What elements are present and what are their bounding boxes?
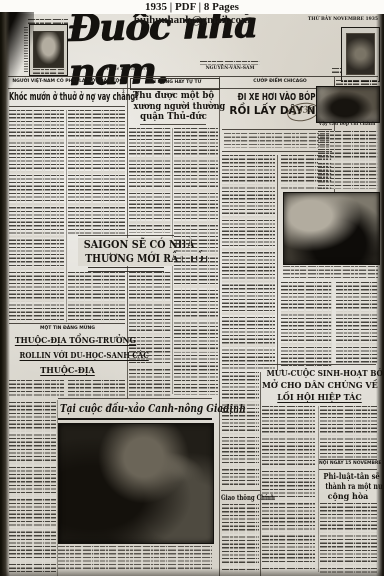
colonies-kicker-text: MỘT TIN ĐÁNG MỪNG	[9, 326, 126, 331]
cooperative-line2: MỞ CHO DÂN CHÚNG VỀ	[262, 379, 377, 391]
section-rule	[221, 490, 260, 491]
skeleton-line3: quận Thủ-đức	[131, 112, 216, 123]
body-text-block	[129, 128, 171, 233]
section-rule	[262, 364, 376, 365]
body-text-block	[222, 372, 259, 487]
chicago-line1-text: ĐI XE HƠI VÀO BÓP CÓ TÀI GIA	[238, 92, 319, 103]
body-text-block	[320, 406, 377, 458]
body-text-block	[68, 110, 125, 234]
body-text-block	[320, 503, 377, 573]
subhead-rule	[222, 151, 332, 152]
body-text-block	[9, 402, 56, 572]
fair-headline-text: Tại cuộc đấu-xảo Canh-nông Giađịnh	[60, 401, 179, 415]
headline-rule	[78, 235, 174, 236]
headline-rule	[9, 106, 125, 107]
saigon-headline-line1: SAIGON SẼ CÓ NHÀ	[84, 238, 168, 252]
photo-fair-interior	[58, 423, 214, 544]
right-column-dateline	[336, 80, 378, 85]
philippines-headline: Phi-luật-tân sẽ thành ra một nước cộng h…	[319, 471, 377, 501]
cooperative-line3: LỐI HỘI HIỆP TÁC	[262, 391, 377, 403]
philippines-kicker-text: NỘI NGÀY 15 NOVEMBRE	[319, 461, 377, 466]
skeleton-line2: xương người thường	[133, 102, 213, 113]
wreck-caption-text: Vậy cầu bóp chỉ chánh	[316, 122, 378, 127]
photo-car-crash	[283, 192, 380, 265]
section-rule	[9, 323, 125, 324]
kicker-divider	[127, 77, 128, 88]
skeleton-headline: Thu được một bộ xương người thường quận …	[129, 91, 218, 123]
headline-rule-thick	[58, 418, 212, 420]
column-rule	[277, 155, 278, 370]
philippines-line2: thành ra một nước	[325, 481, 370, 491]
philippines-kicker: NỘI NGÀY 15 NOVEMBRE	[319, 461, 377, 468]
colonies-line2: ROLLIN VỚI DU-HỌC-SANH CÁC	[20, 349, 116, 364]
headline-rule	[222, 129, 332, 130]
kicker-right-text: CƯỚP ĐIẾM CHICAGO	[227, 79, 333, 84]
masthead-subtitle-text	[200, 61, 260, 65]
colonies-kicker: MỘT TIN ĐÁNG MỪNG	[9, 326, 126, 333]
body-text-block	[262, 406, 315, 570]
scan-header-title: 1935 | PDF | 8 Pages	[0, 1, 384, 13]
body-text-block	[9, 380, 64, 398]
address-text: 24 Rue Lagrandière	[96, 67, 156, 72]
saigon-headline-line2: THƯƠNG MỚI RẤT TỐT	[85, 252, 167, 266]
headline-rule	[140, 124, 206, 125]
body-text-block	[9, 110, 64, 322]
masthead-rule	[8, 76, 378, 77]
philippines-line3: cộng hòa	[319, 491, 377, 501]
fair-photo-caption-text	[58, 546, 212, 570]
chicago-subhead-text	[224, 133, 330, 148]
ad-product-image	[33, 31, 64, 68]
colonies-line1: THUỘC-ĐỊA TỔNG-TRƯỞNG	[15, 334, 120, 349]
stamp-emblem	[346, 33, 375, 75]
wreck-caption: Vậy cầu bóp chỉ chánh	[316, 122, 378, 129]
newspaper-page: Đuốc nhà nam. 24 Rue Lagrandière NGUYỄN-…	[0, 14, 384, 576]
philippines-line1: Phi-luật-tân sẽ	[323, 471, 372, 481]
scan-edge-shadow-right	[376, 14, 384, 576]
kicker-middle: ÁN MẠNG HAY TỰ TỬ	[130, 78, 220, 90]
transport-header-text: Giao thông Chính	[221, 493, 251, 502]
column-rule	[66, 110, 67, 322]
scan-edge-shadow-bottom	[0, 568, 384, 576]
body-text-block	[222, 155, 275, 370]
colonies-headline: THUỘC-ĐỊA TỔNG-TRƯỞNG ROLLIN VỚI DU-HỌC-…	[9, 334, 126, 379]
masthead-ad-box	[29, 24, 68, 76]
body-text-block	[129, 272, 171, 396]
body-text-block	[336, 282, 378, 364]
column-rule	[260, 372, 261, 576]
cooperative-headline: MƯU-CUỘC SINH-HOẠT BỚT MẮT MỞ CHO DÂN CH…	[262, 367, 377, 403]
body-text-block	[68, 272, 125, 322]
section-rule	[319, 469, 377, 470]
masthead-address: 24 Rue Lagrandière	[96, 67, 156, 75]
car-crash-caption-text	[283, 266, 378, 279]
photo-wreck	[316, 86, 380, 123]
scan-header-email: buihuuhanh@gmail.com	[0, 14, 384, 26]
body-text-block	[68, 380, 125, 398]
fair-headline: Tại cuộc đấu-xảo Canh-nông Giađịnh	[60, 401, 212, 417]
kicker-middle-text: ÁN MẠNG HAY TỰ TỬ	[131, 80, 219, 85]
masthead-stamp-box	[341, 27, 380, 82]
body-text-block	[174, 128, 218, 395]
director-name: NGUYỄN-VĂN-SÁM	[192, 66, 268, 71]
column-rule	[219, 89, 220, 576]
scan-edge-shadow-left	[0, 12, 10, 576]
body-text-block	[318, 131, 378, 189]
newspaper-scan-viewer: Đuốc nhà nam. 24 Rue Lagrandière NGUYỄN-…	[0, 0, 384, 576]
masthead-director: NGUYỄN-VĂN-SÁM	[192, 66, 268, 74]
cooperative-line1: MƯU-CUỘC SINH-HOẠT BỚT MẮT	[267, 367, 373, 379]
body-text-block	[222, 504, 259, 572]
colonies-line3: THUỘC-ĐỊA	[12, 364, 123, 379]
body-text-block	[281, 282, 332, 368]
section-rule	[58, 398, 212, 399]
transport-header: Giao thông Chính	[221, 493, 260, 502]
ad-caption-text	[33, 69, 64, 74]
skeleton-line1: Thu được một bộ	[131, 91, 216, 102]
saigon-headline: SAIGON SẼ CÓ NHÀ THƯƠNG MỚI RẤT TỐT	[78, 238, 174, 266]
